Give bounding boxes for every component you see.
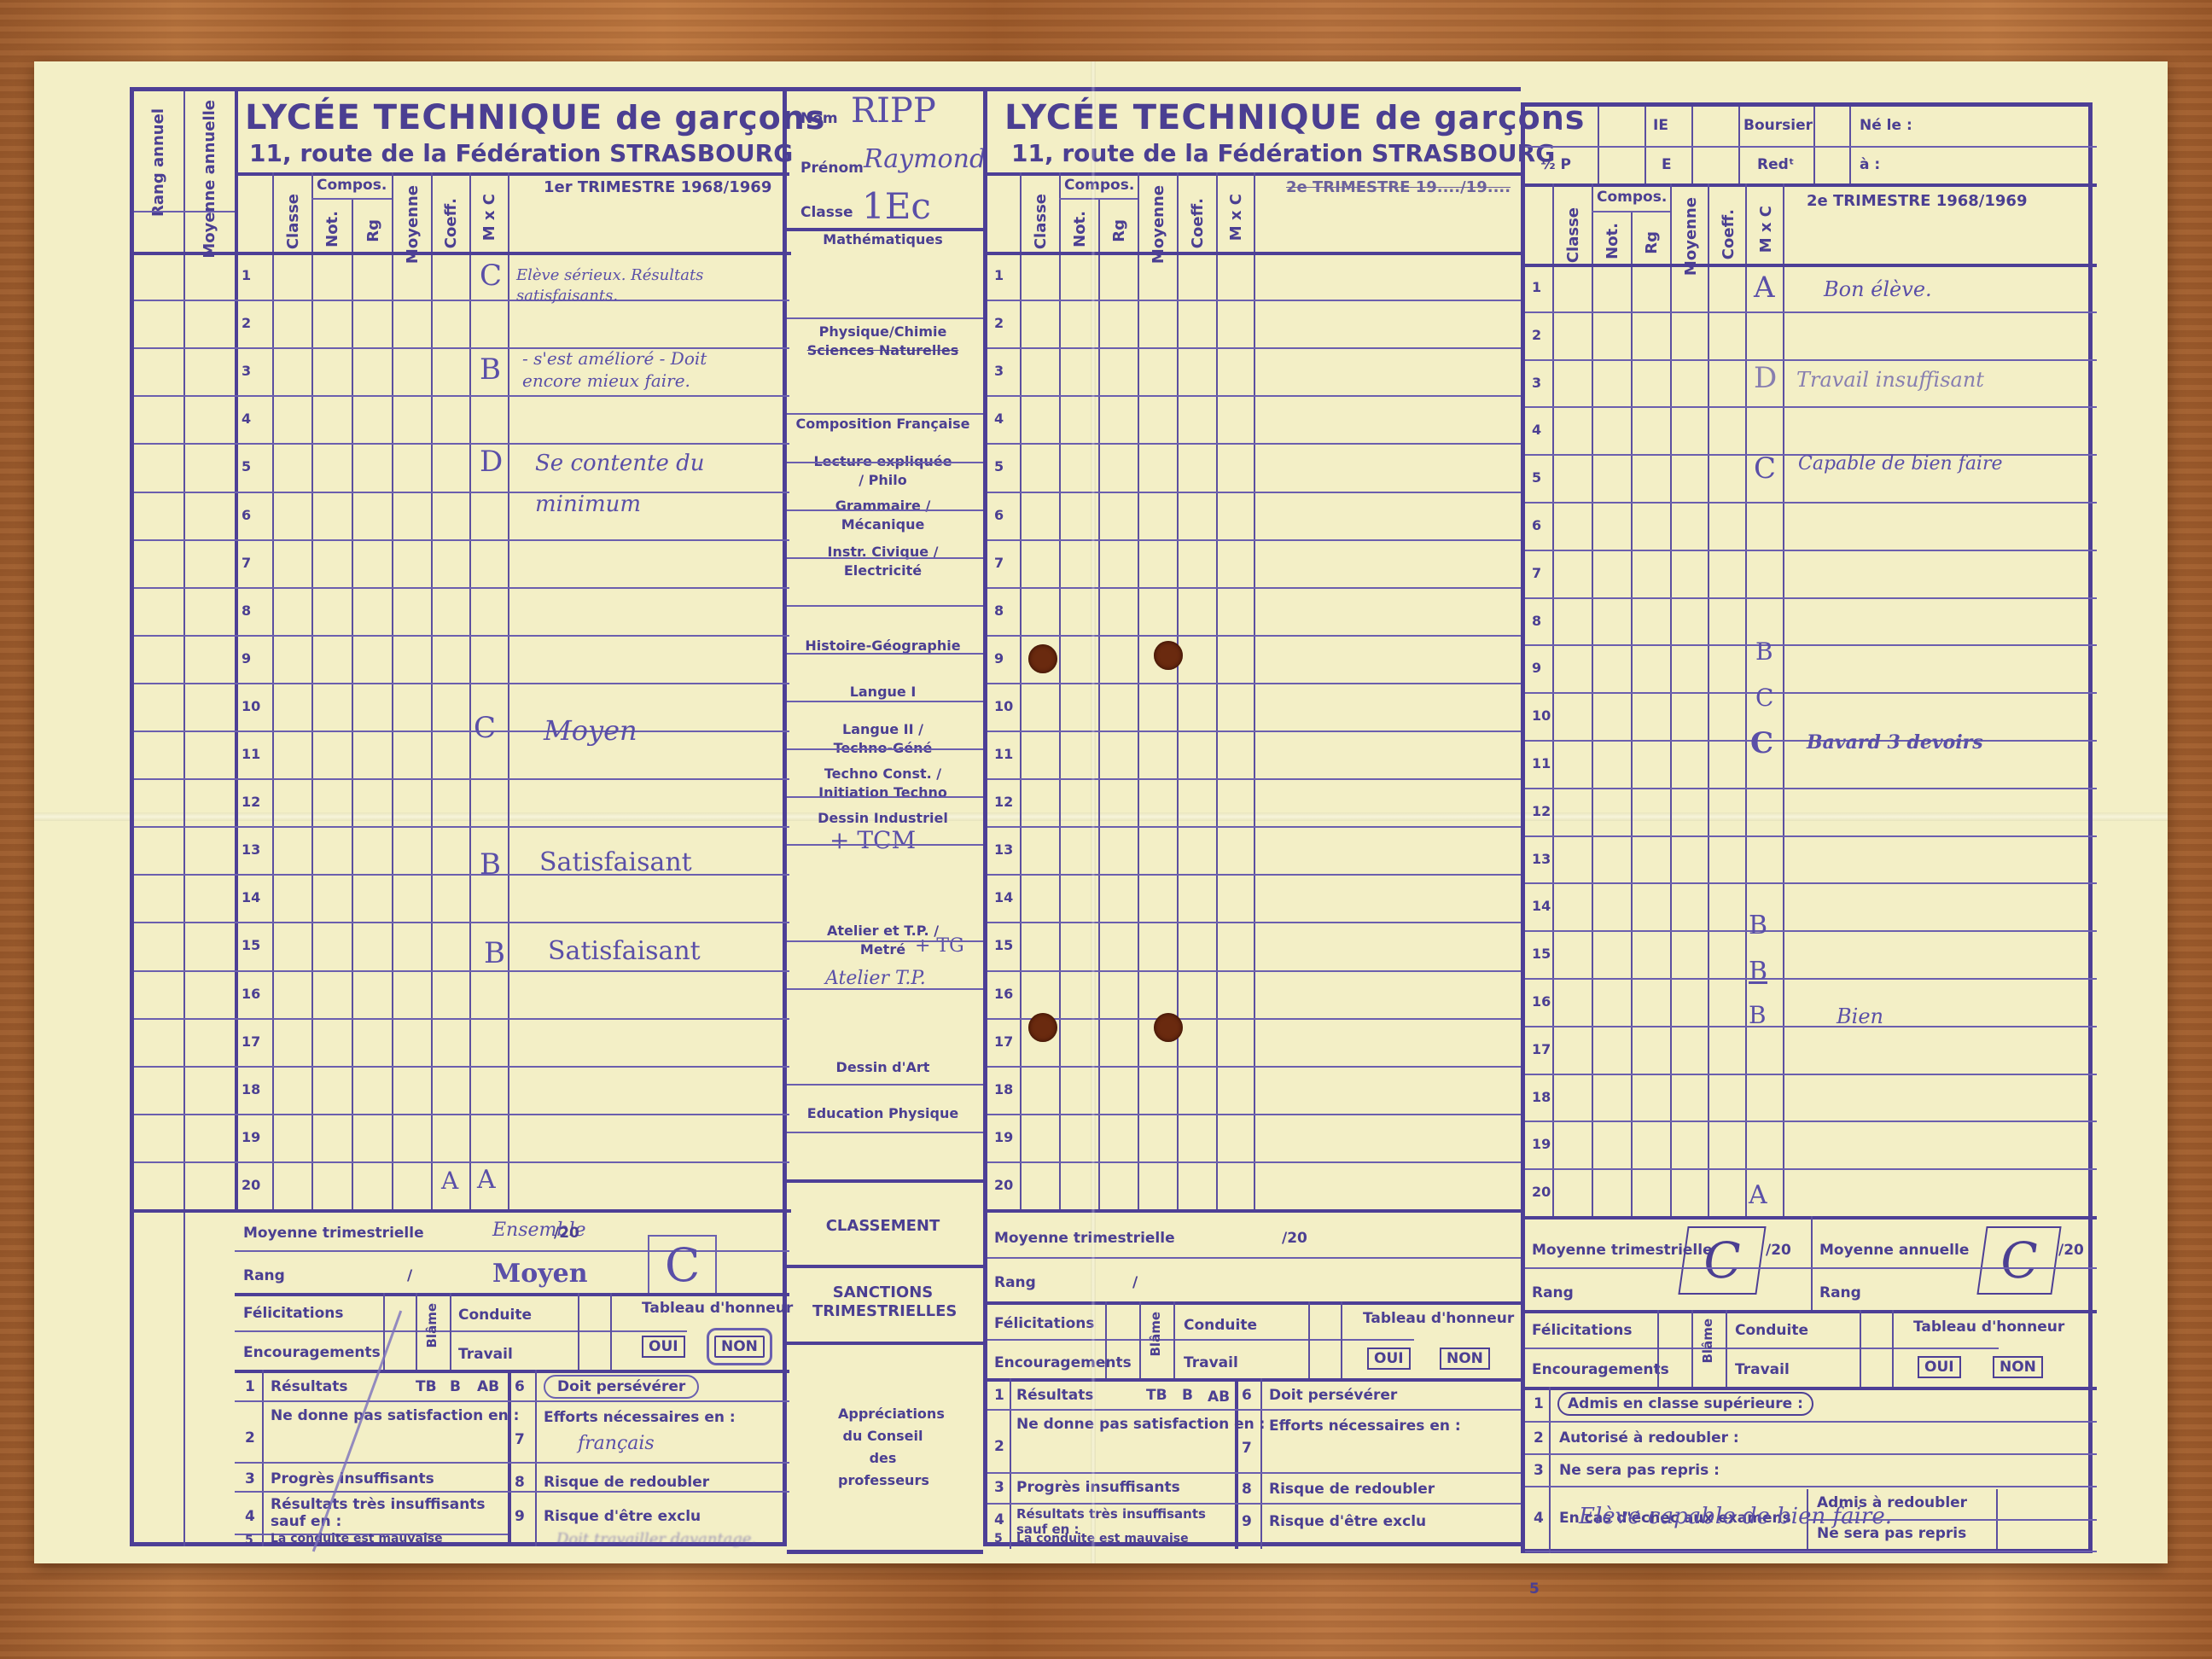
grid-row-line xyxy=(1525,882,2097,884)
id-boursier: Boursier xyxy=(1743,117,1813,134)
t1-appr-progres: Progrès insuffisants xyxy=(271,1470,434,1487)
trimester1-panel: Rang annuel Moyenne annuelle LYCÉE TECHN… xyxy=(130,87,787,1546)
row-number: 3 xyxy=(1532,375,1541,391)
t2-school-name: LYCÉE TECHNIQUE de garçons xyxy=(1004,98,1585,137)
grid-row-line xyxy=(1525,359,2097,361)
t3-annuelle-suffix: /20 xyxy=(2058,1242,2084,1259)
t1-appr-num-9: 9 xyxy=(515,1508,525,1525)
row-number: 9 xyxy=(242,650,251,667)
grid-row-line xyxy=(1525,406,2097,408)
grid-row-line xyxy=(1525,788,2097,789)
grid-row-line xyxy=(1525,930,2097,932)
margin-row-line xyxy=(134,778,235,780)
subject-row-line xyxy=(787,796,983,798)
moyenne-annuelle-label: Moyenne annuelle xyxy=(201,100,218,259)
grid-row-line xyxy=(235,683,789,684)
t3-travail: Travail xyxy=(1735,1361,1790,1378)
grid-row-line xyxy=(235,874,789,876)
report-card-sheet: Rang annuel Moyenne annuelle LYCÉE TECHN… xyxy=(34,61,2168,1563)
grid-row-line xyxy=(987,778,1525,780)
t3-decision-num-3: 3 xyxy=(1534,1462,1544,1479)
t3-final-remark: Elève capable de bien faire. xyxy=(1579,1504,1892,1529)
subject-row-line xyxy=(787,844,983,846)
t1-travail: Travail xyxy=(458,1346,513,1363)
subject-langue2: Langue II / Techno-Géné xyxy=(787,720,979,758)
t1-moyenne-suffix: /20 xyxy=(554,1225,579,1242)
row-number: 17 xyxy=(994,1033,1013,1050)
t1-remark-row3: - s'est amélioré - Doit encore mieux fai… xyxy=(522,347,770,392)
row-number: 2 xyxy=(994,315,1004,331)
margin-row-line xyxy=(134,347,235,349)
id-i: I xyxy=(1557,117,1563,134)
t3-grade-row9: B xyxy=(1755,637,1773,666)
margin-row-line xyxy=(134,300,235,301)
row-number: 17 xyxy=(1532,1041,1551,1057)
subject-list: Mathématiques Physique/Chimie Sciences N… xyxy=(787,222,983,1179)
subject-row-line xyxy=(787,605,983,607)
t1-grade-row11: C xyxy=(474,711,496,745)
margin-row-line xyxy=(134,395,235,397)
grid-row-line xyxy=(987,300,1525,301)
t3-grade-row3: D xyxy=(1754,361,1777,395)
margin-row-line xyxy=(134,1018,235,1020)
t1-encouragements: Encouragements xyxy=(243,1344,381,1361)
grid-row-line xyxy=(235,922,789,923)
row-number: 3 xyxy=(994,363,1004,379)
row-number: 12 xyxy=(1532,803,1551,819)
col-not: Not. xyxy=(323,211,341,247)
prenom-label: Prénom xyxy=(800,160,864,177)
t3-remark-row5: Capable de bien faire xyxy=(1798,451,2071,477)
t1-appr-ne-donne: Ne donne pas satisfaction en : xyxy=(271,1407,519,1424)
subject-sciences-struck: Sciences Naturelles xyxy=(787,341,979,360)
t1-appr-risque-exclu: Risque d'être exclu xyxy=(544,1508,701,1525)
col-coeff: Coeff. xyxy=(442,198,460,248)
t1-opt-ab[interactable]: AB xyxy=(477,1378,499,1395)
row-number: 6 xyxy=(1532,517,1541,533)
margin-row-line xyxy=(134,587,235,589)
col-rg: Rg xyxy=(364,219,382,242)
t3-grade-row1: A xyxy=(1754,271,1775,305)
row-number: 20 xyxy=(994,1177,1013,1193)
t1-appr-num-1: 1 xyxy=(245,1378,255,1395)
subject-row-line xyxy=(787,317,983,319)
grid-row-line xyxy=(235,731,789,732)
row-number: 5 xyxy=(242,458,251,474)
t3-remark-row11: Bavard 3 devoirs xyxy=(1807,731,1983,754)
subject-grammaire: Grammaire / Mécanique xyxy=(787,497,979,534)
trimester1-heading: 1er TRIMESTRE 1968/1969 xyxy=(544,178,771,196)
grid-row-line xyxy=(987,922,1525,923)
grid-row-line xyxy=(235,778,789,780)
t1-appr-num-6: 6 xyxy=(515,1378,525,1395)
t1-grade-row16: B xyxy=(484,936,505,970)
t1-moyenne-label: Moyenne trimestrielle xyxy=(243,1225,424,1242)
t1-conduite: Conduite xyxy=(458,1307,532,1324)
subject-lecture: Lecture expliquée / Philo xyxy=(787,452,979,490)
t2-col-coeff: Coeff. xyxy=(1189,198,1207,248)
t2-appr-efforts: Efforts nécessaires en : xyxy=(1269,1417,1461,1435)
grid-row-line xyxy=(987,587,1525,589)
margin-row-line xyxy=(134,970,235,972)
grid-row-line xyxy=(987,635,1525,637)
t1-grade-row5: D xyxy=(480,445,503,479)
t2-opt-b[interactable]: B xyxy=(1182,1387,1193,1404)
grid-row-line xyxy=(1525,644,2097,646)
t1-grade-row20: A xyxy=(477,1165,496,1195)
subject-dessin-handwritten: + TCM xyxy=(829,826,916,854)
subject-atelier-tp-handwritten: Atelier T.P. xyxy=(825,968,926,989)
t1-appr-num-2: 2 xyxy=(245,1429,255,1447)
t2-appr-ne-donne: Ne donne pas satisfaction en : xyxy=(1016,1416,1265,1433)
sanctions-label: SANCTIONS TRIMESTRIELLES xyxy=(787,1284,979,1321)
t1-moyenne-row20: A xyxy=(441,1167,458,1195)
punch-hole xyxy=(1028,644,1057,673)
t1-remark-row11: Moyen xyxy=(544,714,637,747)
t2-appr-num-4: 4 xyxy=(994,1511,1004,1528)
row-number: 19 xyxy=(242,1129,260,1145)
row-number: 1 xyxy=(1532,279,1541,295)
trimester3-panel: I IE Boursier Né le : ½ P E Redᵗ à : Cla… xyxy=(1521,102,2093,1553)
row-number: 12 xyxy=(242,794,260,810)
t2-school-address: 11, route de la Fédération STRASBOURG xyxy=(1011,139,1555,167)
t2-appr-progres: Progrès insuffisants xyxy=(1016,1479,1180,1496)
row-number: 14 xyxy=(242,889,260,905)
grid-row-line xyxy=(1525,597,2097,599)
t1-appr-num-7: 7 xyxy=(515,1431,525,1448)
grid-row-line xyxy=(987,1114,1525,1115)
grid-row-line xyxy=(1525,550,2097,551)
t2-appr-doit-perseverer: Doit persévérer xyxy=(1269,1387,1397,1404)
subject-langue1: Langue I xyxy=(787,683,979,701)
id-e: E xyxy=(1662,156,1672,173)
prenom-value: Raymond xyxy=(864,144,986,174)
t1-appr-num-5: 5 xyxy=(245,1534,253,1547)
id-half-p: ½ P xyxy=(1540,156,1571,173)
subject-row-line xyxy=(787,1132,983,1133)
row-number: 10 xyxy=(994,698,1013,714)
grid-row-line xyxy=(235,395,789,397)
punch-hole xyxy=(1154,1013,1183,1042)
t1-appr-efforts: Efforts nécessaires en : xyxy=(544,1409,736,1426)
t1-scribbled-note: Doit travailler davantage. xyxy=(556,1530,756,1548)
t3-decision-admis[interactable]: Admis en classe supérieure : xyxy=(1557,1392,1813,1416)
t3-remark-row17: Bien xyxy=(1837,1004,1883,1028)
subject-row-line xyxy=(787,940,983,942)
t1-rang-label: Rang xyxy=(243,1267,285,1284)
classe-label: Classe xyxy=(800,204,853,221)
grid-row-line xyxy=(235,635,789,637)
t3-grade-row16: B xyxy=(1749,957,1767,987)
grid-row-line xyxy=(987,492,1525,493)
grid-row-line xyxy=(987,1066,1525,1068)
t2-heading: 2e TRIMESTRE 19..../19.... xyxy=(1286,178,1511,196)
t3-decision-num-1: 1 xyxy=(1534,1395,1544,1412)
nom-label: Nom xyxy=(800,110,838,127)
row-number: 9 xyxy=(1532,660,1541,676)
margin-row-line xyxy=(134,922,235,923)
row-number: 14 xyxy=(994,889,1013,905)
row-number: 4 xyxy=(994,410,1004,427)
t3-conduite: Conduite xyxy=(1735,1322,1808,1339)
t1-appr-conduite: La conduite est mauvaise xyxy=(271,1532,443,1545)
t1-opt-tb[interactable]: TB xyxy=(416,1378,437,1395)
t3-oui-checkbox[interactable]: OUI xyxy=(1918,1356,1961,1378)
classement-label: CLASSEMENT xyxy=(787,1217,979,1236)
grid-row-line xyxy=(1525,1121,2097,1122)
t1-tableau-honneur: Tableau d'honneur xyxy=(642,1300,793,1317)
t3-grade-row11: C xyxy=(1750,726,1773,760)
row-number: 1 xyxy=(242,267,251,283)
t2-blame: Blâme xyxy=(1148,1312,1163,1357)
school-name: LYCÉE TECHNIQUE de garçons xyxy=(245,98,825,137)
grid-row-line xyxy=(235,587,789,589)
t1-appr-risque-redoubler: Risque de redoubler xyxy=(544,1474,709,1491)
row-number: 2 xyxy=(1532,327,1541,343)
margin-row-line xyxy=(134,826,235,828)
row-number: 7 xyxy=(242,555,251,571)
t2-appr-num-8: 8 xyxy=(1242,1481,1252,1498)
t2-appr-risque-exclu: Risque d'être exclu xyxy=(1269,1513,1426,1530)
grid-row-line xyxy=(235,1114,789,1115)
t3-decision-num-2: 2 xyxy=(1534,1429,1544,1447)
appreciations-label: Appréciations du Conseil des professeurs xyxy=(787,1403,979,1492)
row-number: 13 xyxy=(1532,851,1551,867)
grid-row-line xyxy=(987,539,1525,541)
row-number: 10 xyxy=(242,698,260,714)
grid-row-line xyxy=(1525,835,2097,837)
subject-row-line xyxy=(787,509,983,511)
t3-encouragements: Encouragements xyxy=(1532,1361,1669,1378)
grid-row-line xyxy=(987,970,1525,972)
t2-tableau-honneur: Tableau d'honneur xyxy=(1363,1310,1514,1327)
row-number: 17 xyxy=(242,1033,260,1050)
row-number: 7 xyxy=(1532,565,1541,581)
t2-appr-num-5: 5 xyxy=(994,1532,1003,1545)
row-number: 4 xyxy=(242,410,251,427)
t2-appr-num-6: 6 xyxy=(1242,1387,1252,1404)
margin-row-line xyxy=(134,683,235,684)
grid-row-line xyxy=(987,395,1525,397)
grid-row-line xyxy=(1525,692,2097,694)
grid-row-line xyxy=(987,683,1525,684)
subject-row-line xyxy=(787,748,983,750)
row-number: 13 xyxy=(994,841,1013,858)
grid-row-line xyxy=(235,1161,789,1163)
t3-non-checkbox[interactable]: NON xyxy=(1993,1356,2043,1378)
grid-row-line xyxy=(987,826,1525,828)
subject-mathematiques: Mathématiques xyxy=(787,230,979,249)
t2-appr-num-7: 7 xyxy=(1242,1440,1252,1457)
t3-col-coeff: Coeff. xyxy=(1720,209,1738,259)
t3-decision-num-4: 4 xyxy=(1534,1510,1544,1527)
t3-grade-row15: B xyxy=(1749,911,1767,940)
t2-col-mxc: M x C xyxy=(1227,194,1245,241)
row-number: 18 xyxy=(1532,1089,1551,1105)
t3-heading: 2e TRIMESTRE 1968/1969 xyxy=(1807,192,2027,210)
t1-remark-row1: Elève sérieux. Résultats satisfaisants. xyxy=(516,265,772,306)
row-number: 8 xyxy=(1532,613,1541,629)
margin-row-line xyxy=(134,492,235,493)
t1-appr-num-4: 4 xyxy=(245,1508,255,1525)
grid-row-line xyxy=(235,1066,789,1068)
t2-appr-num-1: 1 xyxy=(994,1387,1004,1404)
school-address: 11, route de la Fédération STRASBOURG xyxy=(249,139,793,167)
t1-rang-value: Moyen xyxy=(492,1259,588,1289)
t1-remark-row5: Se contente du minimum xyxy=(535,443,757,525)
trimester2-panel: LYCÉE TECHNIQUE de garçons 11, route de … xyxy=(983,87,1521,1546)
grid-row-line xyxy=(1525,502,2097,504)
t1-opt-b[interactable]: B xyxy=(450,1378,461,1395)
t3-grade-row20: A xyxy=(1749,1180,1767,1210)
margin-row-line xyxy=(134,1161,235,1163)
row-number: 2 xyxy=(242,315,251,331)
t1-remark-row14: Satisfaisant xyxy=(539,847,692,877)
row-number: 16 xyxy=(994,986,1013,1002)
t1-appr-efforts-handwritten: français xyxy=(578,1433,655,1454)
row-number: 6 xyxy=(242,507,251,523)
id-redt: Redᵗ xyxy=(1757,156,1794,173)
t1-grade-row3: B xyxy=(480,352,501,387)
t3-col-mxc: M x C xyxy=(1757,206,1775,253)
grid-row-line xyxy=(987,731,1525,732)
t1-boxed-grade: C xyxy=(648,1235,717,1295)
subject-instr-civique: Instr. Civique / Electricité xyxy=(787,543,979,580)
subject-row-line xyxy=(787,413,983,415)
t3-felicitations: Félicitations xyxy=(1532,1322,1632,1339)
row-number: 15 xyxy=(1532,946,1551,962)
col-classe: Classe xyxy=(284,194,302,249)
t3-rang-label: Rang xyxy=(1532,1284,1574,1301)
t1-appr-doit-perseverer[interactable]: Doit persévérer xyxy=(544,1375,699,1399)
row-number: 8 xyxy=(994,602,1004,619)
t3-moyenne-suffix: /20 xyxy=(1766,1242,1791,1259)
nom-value: RIPP xyxy=(851,91,936,131)
grid-row-line xyxy=(235,970,789,972)
grid-row-line xyxy=(1525,1168,2097,1170)
t2-col-classe: Classe xyxy=(1032,194,1050,249)
t2-appr-risque-redoubler: Risque de redoubler xyxy=(1269,1481,1435,1498)
grid-row-line xyxy=(1525,311,2097,313)
margin-row-line xyxy=(134,731,235,732)
t3-grade-row10: C xyxy=(1755,684,1773,712)
t2-non-checkbox[interactable]: NON xyxy=(1440,1348,1490,1370)
t1-appr-num-3: 3 xyxy=(245,1470,255,1487)
t1-felicitations: Félicitations xyxy=(243,1305,343,1322)
subject-education-physique: Education Physique xyxy=(787,1104,979,1123)
t1-blame: Blâme xyxy=(424,1303,439,1348)
row-number: 9 xyxy=(994,650,1004,667)
row-number: 8 xyxy=(242,602,251,619)
t3-decision-autorise[interactable]: Autorisé à redoubler : xyxy=(1559,1429,1739,1447)
row-number: 1 xyxy=(994,267,1004,283)
grid-row-line xyxy=(235,826,789,828)
t3-grade-row17: B xyxy=(1749,1001,1767,1029)
grid-row-line xyxy=(235,539,789,541)
subject-row-line xyxy=(787,701,983,702)
row-number: 6 xyxy=(994,507,1004,523)
t2-col-compos: Compos. xyxy=(1064,177,1134,194)
t2-opt-ab[interactable]: AB xyxy=(1208,1388,1230,1406)
row-number: 14 xyxy=(1532,898,1551,914)
row-number: 7 xyxy=(994,555,1004,571)
row-number: 20 xyxy=(242,1177,260,1193)
row-number: 5 xyxy=(1532,469,1541,486)
margin-row-line xyxy=(134,539,235,541)
row-number: 10 xyxy=(1532,707,1551,724)
grid-row-line xyxy=(1525,978,2097,980)
row-number: 15 xyxy=(994,937,1013,953)
t3-col-classe: Classe xyxy=(1564,207,1582,263)
t3-decision-num-5: 5 xyxy=(1529,1580,1540,1598)
subject-row-line xyxy=(787,557,983,559)
t2-rang-slash: / xyxy=(1132,1274,1138,1291)
t2-moyenne-label: Moyenne trimestrielle xyxy=(994,1230,1175,1247)
row-number: 19 xyxy=(1532,1136,1551,1152)
t3-grade-row5: C xyxy=(1754,451,1776,486)
classe-value: 1Ec xyxy=(862,185,931,227)
t3-moyenne-boxed: C xyxy=(1678,1226,1767,1295)
t2-felicitations: Félicitations xyxy=(994,1315,1094,1332)
id-a: à : xyxy=(1860,156,1880,173)
grid-row-line xyxy=(1525,1074,2097,1075)
id-ie: IE xyxy=(1653,117,1668,134)
t1-appr-resultats-tres: Résultats très insuffisants sauf en : xyxy=(271,1496,501,1530)
t2-appr-resultats: Résultats xyxy=(1016,1387,1094,1404)
student-info: Nom RIPP Prénom Raymond Classe 1Ec xyxy=(787,87,983,231)
subject-composition: Composition Française xyxy=(787,415,979,434)
t1-non-checkbox[interactable]: NON xyxy=(714,1336,765,1358)
t2-travail: Travail xyxy=(1184,1354,1238,1371)
punch-hole xyxy=(1028,1013,1057,1042)
t3-col-rg: Rg xyxy=(1643,231,1661,254)
t2-oui-checkbox[interactable]: OUI xyxy=(1367,1348,1411,1370)
t3-decision-ne-sera-pas[interactable]: Ne sera pas repris : xyxy=(1559,1462,1720,1479)
subject-physique: Physique/Chimie xyxy=(787,323,979,341)
grid-row-line xyxy=(987,347,1525,349)
t1-oui-checkbox[interactable]: OUI xyxy=(642,1336,685,1358)
subject-row-line xyxy=(787,988,983,990)
row-number: 15 xyxy=(242,937,260,953)
row-number: 20 xyxy=(1532,1184,1551,1200)
t3-blame: Blâme xyxy=(1700,1318,1715,1364)
t1-remark-row16: Satisfaisant xyxy=(548,936,701,966)
row-number: 19 xyxy=(994,1129,1013,1145)
row-number: 18 xyxy=(242,1081,260,1097)
t2-appr-num-9: 9 xyxy=(1242,1513,1252,1530)
t1-appr-num-8: 8 xyxy=(515,1474,525,1491)
t3-remark-row3: Travail insuffisant xyxy=(1796,368,1984,392)
row-number: 5 xyxy=(994,458,1004,474)
t1-rang-slash: / xyxy=(407,1267,412,1284)
row-number: 12 xyxy=(994,794,1013,810)
t3-remark-row1: Bon élève. xyxy=(1824,277,1932,301)
margin-row-line xyxy=(134,443,235,445)
subject-dessin-art: Dessin d'Art xyxy=(787,1058,979,1077)
row-number: 3 xyxy=(242,363,251,379)
t1-appr-resultats: Résultats xyxy=(271,1378,348,1395)
t2-moyenne-suffix: /20 xyxy=(1282,1230,1307,1247)
t2-opt-tb[interactable]: TB xyxy=(1146,1387,1167,1404)
subject-dessin-industriel: Dessin Industriel xyxy=(787,809,979,828)
t3-annuelle-label: Moyenne annuelle xyxy=(1819,1242,1969,1259)
row-number: 16 xyxy=(242,986,260,1002)
punch-hole xyxy=(1154,641,1183,670)
t3-tableau-honneur: Tableau d'honneur xyxy=(1913,1318,2064,1336)
subject-row-line xyxy=(787,653,983,655)
t2-rang-label: Rang xyxy=(994,1274,1036,1291)
t2-appr-conduite: La conduite est mauvaise xyxy=(1016,1532,1189,1545)
